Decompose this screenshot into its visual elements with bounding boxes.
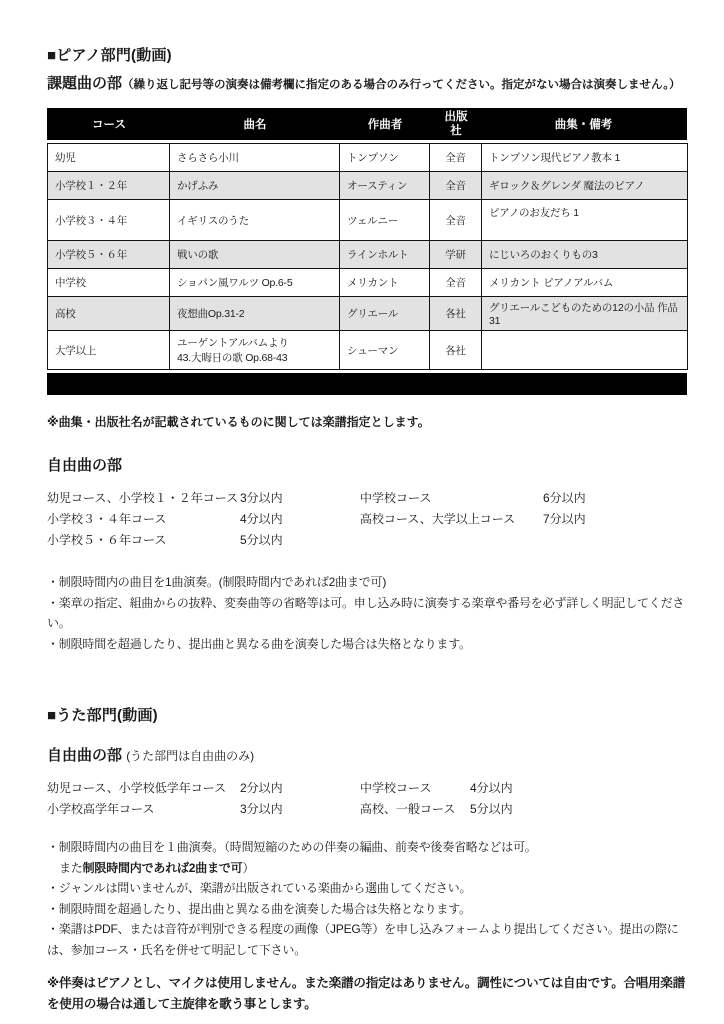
vocal-section-title: ■うた部門(動画) xyxy=(47,704,684,725)
vocal-free-heading-note: (うた部門は自由曲のみ) xyxy=(126,749,254,763)
table-footer-bar xyxy=(47,373,687,395)
composer-cell: ラインホルト xyxy=(340,241,430,269)
header-publisher: 出版社 xyxy=(430,109,482,139)
composer-cell: オースティン xyxy=(340,172,430,200)
course-cell: 大学以上 xyxy=(48,331,170,370)
header-piece: 曲名 xyxy=(170,109,340,139)
publisher-cell: 全音 xyxy=(430,172,482,200)
remarks-cell: にじいろのおくりもの3 xyxy=(482,241,688,269)
time-limit: 5分以内 xyxy=(240,530,360,551)
remarks-cell: グリエールこどものための12の小品 作品31 xyxy=(482,297,688,331)
rule-bold-text: 制限時間内であれば2曲まで可 xyxy=(83,861,243,875)
piece-cell: 戦いの歌 xyxy=(170,241,340,269)
document-page: ■ピアノ部門(動画) 課題曲の部（繰り返し記号等の演奏は備考欄に指定のある場合の… xyxy=(0,0,724,1024)
time-limit-row: 小学校３・４年コース 4分以内 高校コース、大学以上コース 7分以内 xyxy=(47,509,684,530)
rule-item: ・楽章の指定、組曲からの抜粋、変奏曲等の省略等は可。申し込み時に演奏する楽章や番… xyxy=(47,593,691,634)
course-label xyxy=(360,530,543,551)
rule-item: ・制限時間を超過したり、提出曲と異なる曲を演奏した場合は失格となります。 xyxy=(47,634,691,655)
piano-time-limits: 幼児コース、小学校１・２年コース 3分以内 中学校コース 6分以内 小学校３・４… xyxy=(47,488,684,551)
table-row: 幼児 さらさら小川 トンプソン 全音 トンプソン現代ピアノ教本 1 xyxy=(48,144,688,172)
course-cell: 幼児 xyxy=(48,144,170,172)
course-cell: 小学校１・２年 xyxy=(48,172,170,200)
composer-cell: シューマン xyxy=(340,331,430,370)
assigned-piece-table: コース 曲名 作曲者 出版社 曲集・備考 幼児 さらさら小川 トンプソン 全音 … xyxy=(47,108,687,395)
course-cell: 高校 xyxy=(48,297,170,331)
course-label: 小学校５・６年コース xyxy=(47,530,240,551)
course-label: 小学校３・４年コース xyxy=(47,509,240,530)
piano-rules-list: ・制限時間内の曲目を1曲演奏。(制限時間内であれば2曲まで可) ・楽章の指定、組… xyxy=(47,572,691,654)
time-limit xyxy=(543,530,684,551)
piano-free-piece-heading: 自由曲の部 xyxy=(47,454,684,475)
time-limit-row: 幼児コース、小学校１・２年コース 3分以内 中学校コース 6分以内 xyxy=(47,488,684,509)
piece-cell: ユーゲントアルバムより 43.大晦日の歌 Op.68-43 xyxy=(170,331,340,370)
table-row: 小学校５・６年 戦いの歌 ラインホルト 学研 にじいろのおくりもの3 xyxy=(48,241,688,269)
table-row: 小学校１・２年 かげふみ オースティン 全音 ギロック＆グレンダ 魔法のピアノ xyxy=(48,172,688,200)
rule-item: ・ジャンルは問いませんが、楽譜が出版されている楽曲から選曲してください。 xyxy=(47,878,691,899)
time-limit: 7分以内 xyxy=(543,509,684,530)
header-remarks: 曲集・備考 xyxy=(482,109,685,139)
piece-cell: イギリスのうた xyxy=(170,200,340,241)
header-composer: 作曲者 xyxy=(340,109,430,139)
assigned-piece-heading: 課題曲の部 xyxy=(47,75,122,92)
time-limit: 4分以内 xyxy=(470,778,684,799)
remarks-cell: ピアノのお友だち 1 xyxy=(482,200,688,241)
course-cell: 小学校３・４年 xyxy=(48,200,170,241)
assigned-piece-subheading: 課題曲の部（繰り返し記号等の演奏は備考欄に指定のある場合のみ行ってください。指定… xyxy=(47,72,684,93)
course-cell: 中学校 xyxy=(48,269,170,297)
composer-cell: トンプソン xyxy=(340,144,430,172)
time-limit-row: 幼児コース、小学校低学年コース 2分以内 中学校コース 4分以内 xyxy=(47,778,684,799)
remarks-cell xyxy=(482,331,688,370)
remarks-cell: メリカント ピアノアルバム xyxy=(482,269,688,297)
vocal-free-piece-heading: 自由曲の部 (うた部門は自由曲のみ) xyxy=(47,744,684,765)
time-limit: 5分以内 xyxy=(470,799,684,820)
publisher-cell: 各社 xyxy=(430,297,482,331)
assigned-piece-heading-note: （繰り返し記号等の演奏は備考欄に指定のある場合のみ行ってください。指定がない場合… xyxy=(122,79,680,91)
publisher-cell: 学研 xyxy=(430,241,482,269)
course-label: 小学校高学年コース xyxy=(47,799,240,820)
table-row: 小学校３・４年 イギリスのうた ツェルニー 全音 ピアノのお友だち 1 xyxy=(48,200,688,241)
piece-cell: 夜想曲Op.31-2 xyxy=(170,297,340,331)
table-body: 幼児 さらさら小川 トンプソン 全音 トンプソン現代ピアノ教本 1 小学校１・２… xyxy=(47,143,688,370)
rule-item: ・制限時間内の曲目を1曲演奏。(制限時間内であれば2曲まで可) xyxy=(47,572,691,593)
course-label: 高校コース、大学以上コース xyxy=(360,509,543,530)
remarks-cell: ギロック＆グレンダ 魔法のピアノ xyxy=(482,172,688,200)
course-label: 高校、一般コース xyxy=(360,799,470,820)
rule-item: ・制限時間を超過したり、提出曲と異なる曲を演奏した場合は失格となります。 xyxy=(47,899,691,920)
piano-section-title: ■ピアノ部門(動画) xyxy=(47,44,684,65)
vocal-time-limits: 幼児コース、小学校低学年コース 2分以内 中学校コース 4分以内 小学校高学年コ… xyxy=(47,778,684,820)
time-limit: 6分以内 xyxy=(543,488,684,509)
header-course: コース xyxy=(48,109,170,139)
vocal-free-heading-text: 自由曲の部 xyxy=(47,747,122,764)
publisher-cell: 全音 xyxy=(430,269,482,297)
composer-cell: ツェルニー xyxy=(340,200,430,241)
rule-line1: ・制限時間内の曲目を１曲演奏。（時間短縮のための伴奏の編曲、前奏や後奏省略などは… xyxy=(47,840,537,854)
course-label: 幼児コース、小学校低学年コース xyxy=(47,778,240,799)
rule-item: ・楽譜はPDF、または音符が判別できる程度の画像（JPEG等）を申し込みフォーム… xyxy=(47,919,691,960)
composer-cell: メリカント xyxy=(340,269,430,297)
time-limit: 3分以内 xyxy=(240,488,360,509)
piece-cell: かげふみ xyxy=(170,172,340,200)
time-limit: 2分以内 xyxy=(240,778,360,799)
piece-cell: さらさら小川 xyxy=(170,144,340,172)
vocal-rules-list: ・制限時間内の曲目を１曲演奏。（時間短縮のための伴奏の編曲、前奏や後奏省略などは… xyxy=(47,837,691,960)
course-label: 幼児コース、小学校１・２年コース xyxy=(47,488,240,509)
course-cell: 小学校５・６年 xyxy=(48,241,170,269)
course-label: 中学校コース xyxy=(360,778,470,799)
publisher-cell: 全音 xyxy=(430,144,482,172)
rule-line2: また制限時間内であれば2曲まで可） xyxy=(47,861,254,875)
rule-item: ・制限時間内の曲目を１曲演奏。（時間短縮のための伴奏の編曲、前奏や後奏省略などは… xyxy=(47,837,691,878)
table-header-row: コース 曲名 作曲者 出版社 曲集・備考 xyxy=(47,108,687,140)
remarks-cell: トンプソン現代ピアノ教本 1 xyxy=(482,144,688,172)
table-row: 高校 夜想曲Op.31-2 グリエール 各社 グリエールこどものための12の小品… xyxy=(48,297,688,331)
table-row: 大学以上 ユーゲントアルバムより 43.大晦日の歌 Op.68-43 シューマン… xyxy=(48,331,688,370)
course-label: 中学校コース xyxy=(360,488,543,509)
composer-cell: グリエール xyxy=(340,297,430,331)
publisher-cell: 全音 xyxy=(430,200,482,241)
time-limit: 4分以内 xyxy=(240,509,360,530)
score-designation-note: ※曲集・出版社名が記載されているものに関しては楽譜指定とします。 xyxy=(47,413,684,430)
time-limit: 3分以内 xyxy=(240,799,360,820)
time-limit-row: 小学校高学年コース 3分以内 高校、一般コース 5分以内 xyxy=(47,799,684,820)
table-row: 中学校 ショパン風ワルツ Op.6-5 メリカント 全音 メリカント ピアノアル… xyxy=(48,269,688,297)
time-limit-row: 小学校５・６年コース 5分以内 xyxy=(47,530,684,551)
publisher-cell: 各社 xyxy=(430,331,482,370)
piece-cell: ショパン風ワルツ Op.6-5 xyxy=(170,269,340,297)
accompaniment-note: ※伴奏はピアノとし、マイクは使用しません。また楽譜の指定はありません。調性につい… xyxy=(47,973,695,1014)
